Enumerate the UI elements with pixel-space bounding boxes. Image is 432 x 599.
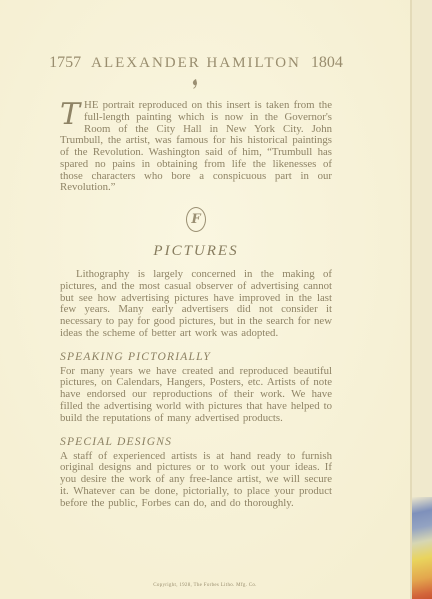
section-heading-pictures: PICTURES <box>60 243 332 260</box>
section-body-pictures: Lithography is largely concerned in the … <box>60 269 332 340</box>
underlying-color-plate-corner <box>412 497 432 599</box>
monogram-letter: F <box>191 212 200 227</box>
birth-year: 1757 <box>49 54 81 72</box>
page-edge <box>410 0 432 599</box>
fleuron-leaf-icon <box>190 78 202 90</box>
title-name: ALEXANDER HAMILTON <box>91 55 301 72</box>
forbes-monogram-icon: F <box>186 207 206 232</box>
intro-paragraph: THE portrait reproduced on this insert i… <box>60 100 332 194</box>
section-body-speaking-pictorially: For many years we have created and repro… <box>60 366 332 425</box>
copyright-line: Copyright, 1928, The Forbes Litho. Mfg. … <box>0 583 410 588</box>
section-heading-speaking-pictorially: SPEAKING PICTORIALLY <box>60 351 332 363</box>
page-content: 1757 ALEXANDER HAMILTON 1804 THE portrai… <box>60 0 332 509</box>
section-heading-special-designs: SPECIAL DESIGNS <box>60 436 332 448</box>
page-title: 1757 ALEXANDER HAMILTON 1804 <box>46 54 346 72</box>
scanned-insert-page: { "page": { "title": { "birth_year": "17… <box>0 0 432 599</box>
section-body-special-designs: A staff of experienced artists is at han… <box>60 451 332 510</box>
death-year: 1804 <box>311 54 343 72</box>
